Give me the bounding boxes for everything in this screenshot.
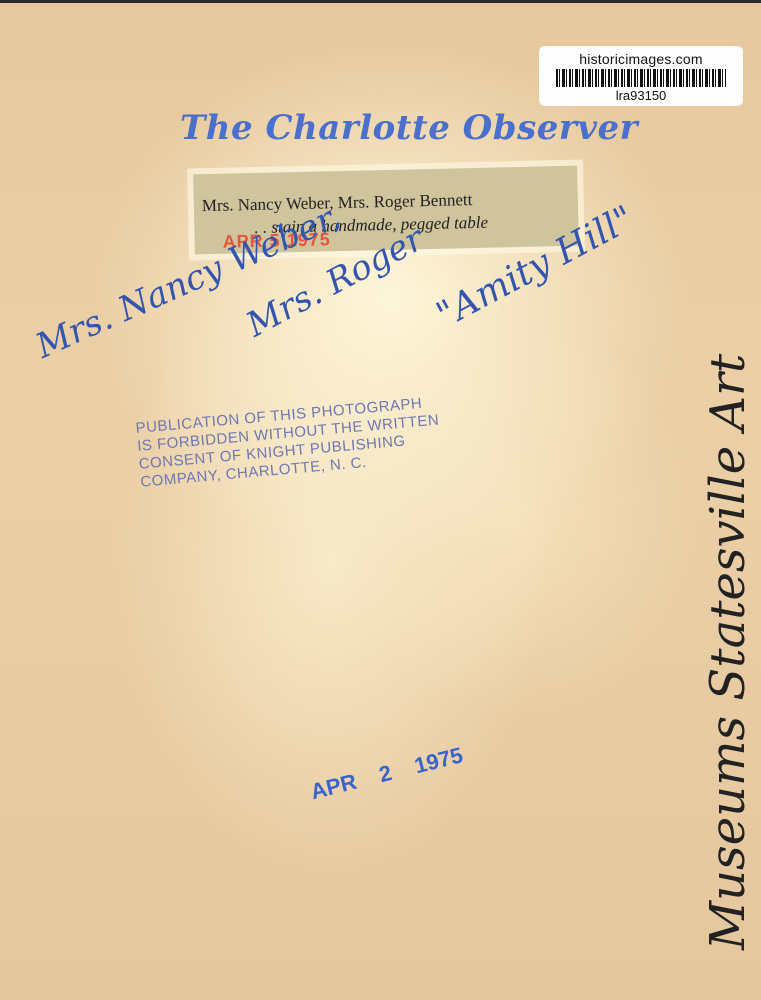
newspaper-masthead: The Charlotte Observer (180, 108, 638, 148)
top-edge (0, 0, 761, 3)
barcode-icon (556, 69, 726, 87)
label-site: historicimages.com (539, 51, 743, 67)
label-code: lra93150 (539, 88, 743, 103)
side-handwriting: Museums Statesville Art (700, 354, 756, 950)
photo-back-paper (0, 0, 761, 1000)
archive-label: historicimages.com lra93150 (539, 46, 743, 106)
